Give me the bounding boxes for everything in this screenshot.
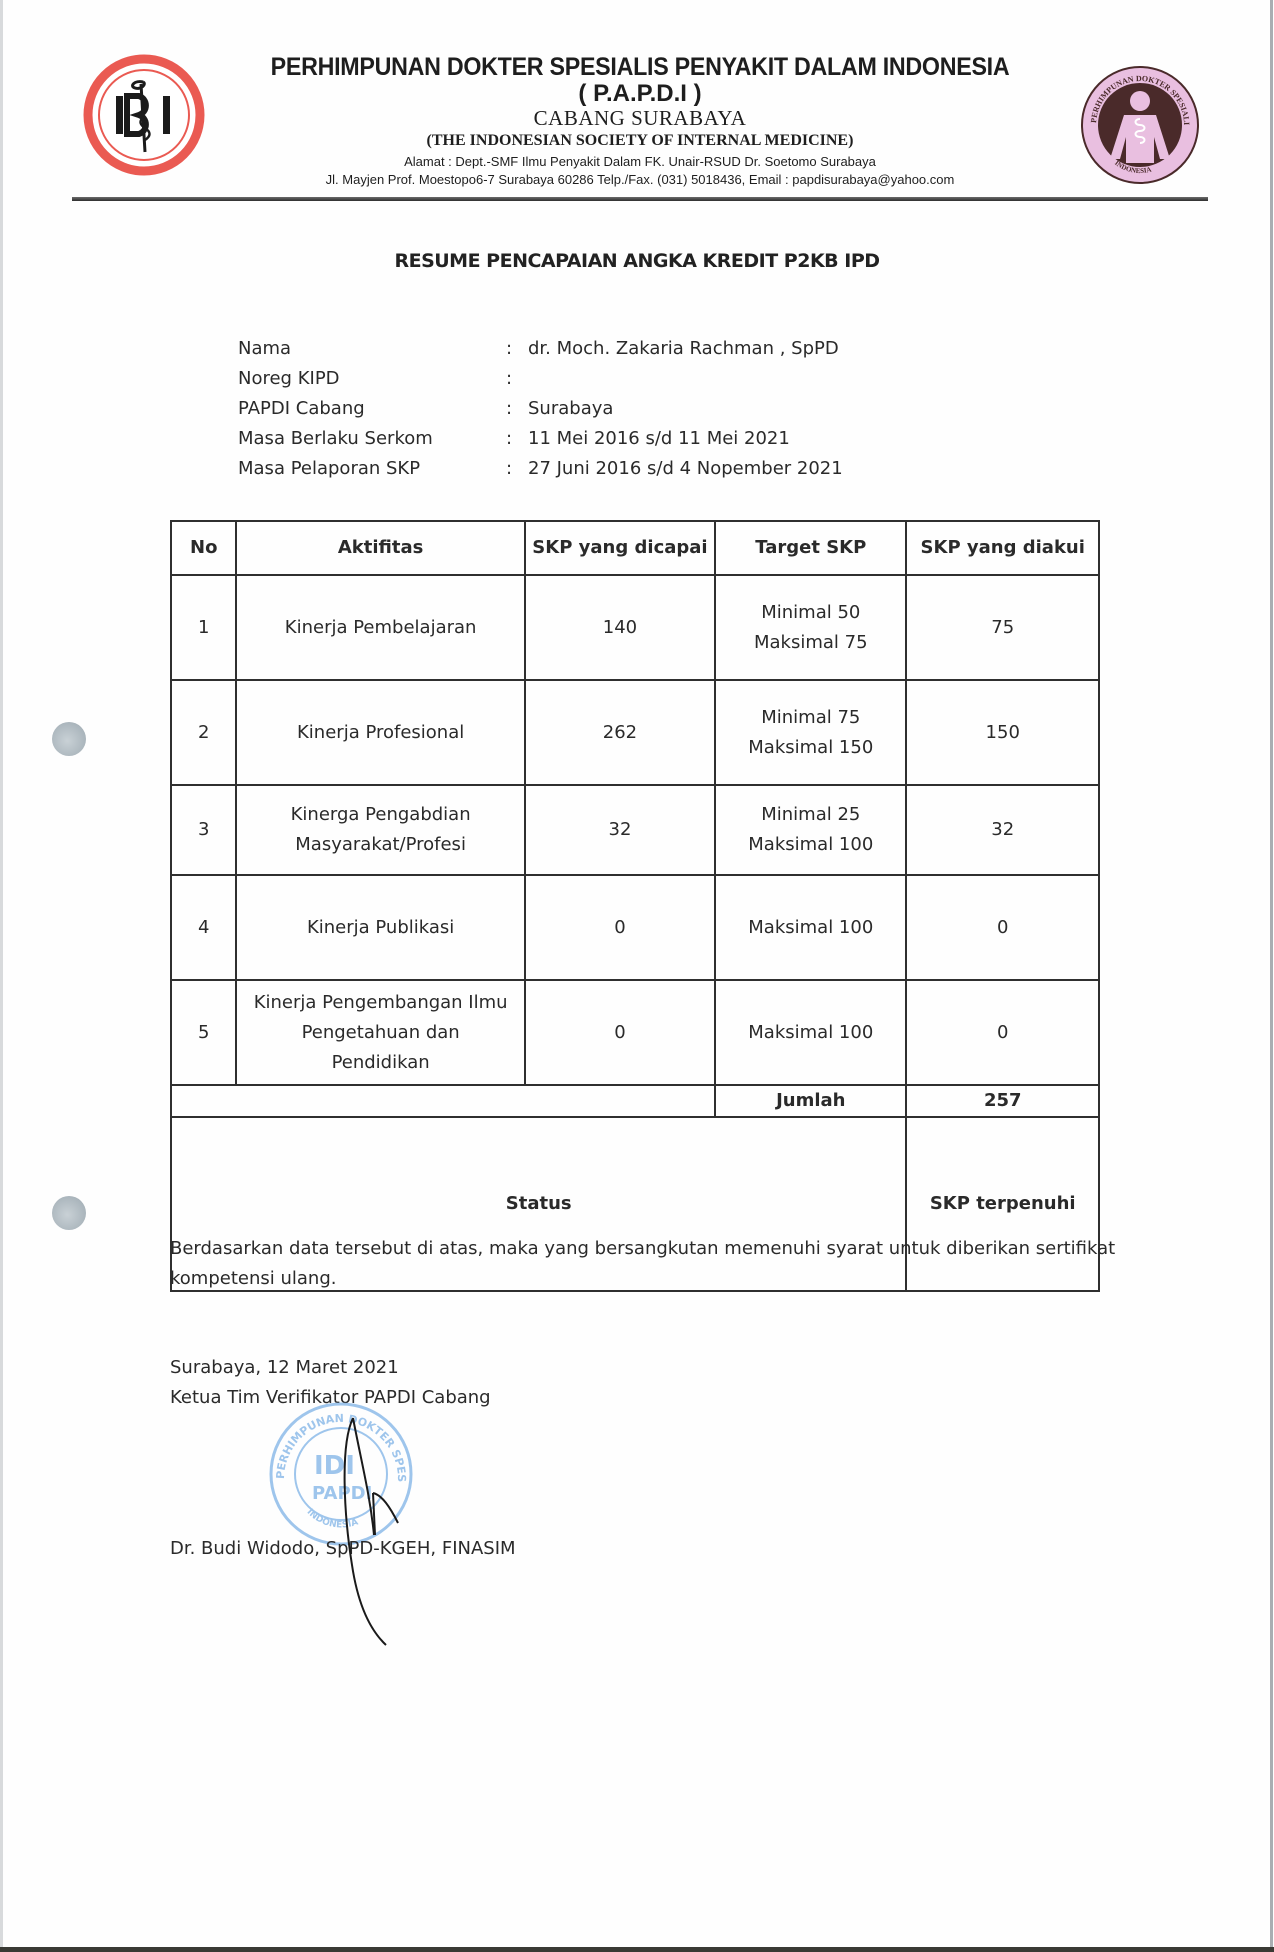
cell-no: 1 xyxy=(171,575,236,680)
cell-target-skp: Maksimal 100 xyxy=(715,980,906,1085)
table-row: 2Kinerja Profesional262Minimal 75Maksima… xyxy=(171,680,1099,785)
header-target-skp: Target SKP xyxy=(715,521,906,575)
document-title: RESUME PENCAPAIAN ANGKA KREDIT P2KB IPD xyxy=(0,250,1274,272)
info-colon: : xyxy=(506,368,528,389)
table-row: 3Kinerga PengabdianMasyarakat/Profesi32M… xyxy=(171,785,1099,875)
skp-table: No Aktifitas SKP yang dicapai Target SKP… xyxy=(170,520,1100,1292)
cell-aktifitas-line: Kinerja Pengembangan Ilmu xyxy=(241,988,519,1018)
org-english-name: (THE INDONESIAN SOCIETY OF INTERNAL MEDI… xyxy=(210,132,1070,150)
info-colon: : xyxy=(506,428,528,449)
org-name: PERHIMPUNAN DOKTER SPESIALIS PENYAKIT DA… xyxy=(240,53,1040,82)
papdi-emblem-icon: PERHIMPUNAN DOKTER SPESIALIS PENYAKIT DA… xyxy=(1078,63,1202,187)
org-abbreviation: ( P.A.P.D.I ) xyxy=(210,80,1070,108)
info-value: 11 Mei 2016 s/d 11 Mei 2021 xyxy=(528,428,790,449)
org-address-line1: Alamat : Dept.-SMF Ilmu Penyakit Dalam F… xyxy=(210,154,1070,169)
cell-aktifitas: Kinerga PengabdianMasyarakat/Profesi xyxy=(236,785,524,875)
info-colon: : xyxy=(506,458,528,479)
info-row-cabang: PAPDI Cabang : Surabaya xyxy=(238,393,843,423)
total-label: Jumlah xyxy=(715,1085,906,1117)
info-label: Nama xyxy=(238,338,506,359)
cell-no: 4 xyxy=(171,875,236,980)
cell-target-skp: Minimal 25Maksimal 100 xyxy=(715,785,906,875)
cell-no: 2 xyxy=(171,680,236,785)
info-colon: : xyxy=(506,338,528,359)
total-blank-cell xyxy=(171,1085,715,1117)
letterhead-divider xyxy=(72,197,1208,201)
punch-hole-icon xyxy=(52,1196,86,1230)
cell-skp-dicapai: 0 xyxy=(525,875,715,980)
info-row-pelaporan: Masa Pelaporan SKP : 27 Juni 2016 s/d 4 … xyxy=(238,453,843,483)
cell-target-skp-line: Maksimal 100 xyxy=(720,913,901,943)
info-colon: : xyxy=(506,398,528,419)
scanner-bottom-edge xyxy=(0,1947,1274,1952)
cell-no: 3 xyxy=(171,785,236,875)
table-header-row: No Aktifitas SKP yang dicapai Target SKP… xyxy=(171,521,1099,575)
cell-target-skp: Maksimal 100 xyxy=(715,875,906,980)
cell-skp-dicapai: 0 xyxy=(525,980,715,1085)
cell-aktifitas-line: Pengetahuan dan xyxy=(241,1018,519,1048)
cell-skp-diakui: 0 xyxy=(906,980,1099,1085)
cell-target-skp-line: Maksimal 100 xyxy=(720,830,901,860)
cell-target-skp-line: Maksimal 150 xyxy=(720,733,901,763)
handwritten-signature-icon xyxy=(330,1405,420,1655)
cell-target-skp-line: Maksimal 100 xyxy=(720,1018,901,1048)
cell-skp-diakui: 0 xyxy=(906,875,1099,980)
header-aktifitas: Aktifitas xyxy=(236,521,524,575)
total-row: Jumlah 257 xyxy=(171,1085,1099,1117)
page-left-edge xyxy=(0,0,3,1947)
cell-aktifitas-line: Kinerja Pembelajaran xyxy=(241,613,519,643)
cell-target-skp-line: Minimal 50 xyxy=(720,598,901,628)
info-value: 27 Juni 2016 s/d 4 Nopember 2021 xyxy=(528,458,843,479)
table-row: 5Kinerja Pengembangan IlmuPengetahuan da… xyxy=(171,980,1099,1085)
header-skp-dicapai: SKP yang dicapai xyxy=(525,521,715,575)
cell-aktifitas-line: Kinerja Publikasi xyxy=(241,913,519,943)
org-address-line2: Jl. Mayjen Prof. Moestopo6-7 Surabaya 60… xyxy=(210,172,1070,187)
punch-hole-icon xyxy=(52,722,86,756)
cell-skp-diakui: 75 xyxy=(906,575,1099,680)
info-value: dr. Moch. Zakaria Rachman , SpPD xyxy=(528,338,839,359)
info-label: Noreg KIPD xyxy=(238,368,506,389)
info-row-serkom: Masa Berlaku Serkom : 11 Mei 2016 s/d 11… xyxy=(238,423,843,453)
cell-aktifitas-line: Kinerga Pengabdian xyxy=(241,800,519,830)
cell-skp-dicapai: 262 xyxy=(525,680,715,785)
info-value: Surabaya xyxy=(528,398,613,419)
cell-aktifitas: Kinerja Profesional xyxy=(236,680,524,785)
info-label: Masa Berlaku Serkom xyxy=(238,428,506,449)
cell-aktifitas-line: Pendidikan xyxy=(241,1048,519,1078)
place-date: Surabaya, 12 Maret 2021 xyxy=(170,1353,491,1383)
info-section: Nama : dr. Moch. Zakaria Rachman , SpPD … xyxy=(238,333,843,483)
header-skp-diakui: SKP yang diakui xyxy=(906,521,1099,575)
cell-no: 5 xyxy=(171,980,236,1085)
cell-aktifitas: Kinerja Publikasi xyxy=(236,875,524,980)
cell-target-skp-line: Minimal 25 xyxy=(720,800,901,830)
cell-target-skp-line: Maksimal 75 xyxy=(720,628,901,658)
table-row: 1Kinerja Pembelajaran140Minimal 50Maksim… xyxy=(171,575,1099,680)
cell-skp-diakui: 150 xyxy=(906,680,1099,785)
conclusion-text: Berdasarkan data tersebut di atas, maka … xyxy=(170,1234,1130,1294)
header-no: No xyxy=(171,521,236,575)
cell-aktifitas-line: Masyarakat/Profesi xyxy=(241,830,519,860)
table-row: 4Kinerja Publikasi0Maksimal 1000 xyxy=(171,875,1099,980)
cell-target-skp: Minimal 50Maksimal 75 xyxy=(715,575,906,680)
cell-aktifitas: Kinerja Pengembangan IlmuPengetahuan dan… xyxy=(236,980,524,1085)
org-branch: CABANG SURABAYA xyxy=(210,106,1070,131)
cell-target-skp-line: Minimal 75 xyxy=(720,703,901,733)
info-label: Masa Pelaporan SKP xyxy=(238,458,506,479)
idi-logo-icon xyxy=(83,54,205,176)
info-row-nama: Nama : dr. Moch. Zakaria Rachman , SpPD xyxy=(238,333,843,363)
cell-skp-diakui: 32 xyxy=(906,785,1099,875)
total-value: 257 xyxy=(906,1085,1099,1117)
cell-skp-dicapai: 32 xyxy=(525,785,715,875)
info-row-noreg: Noreg KIPD : xyxy=(238,363,843,393)
cell-aktifitas-line: Kinerja Profesional xyxy=(241,718,519,748)
cell-aktifitas: Kinerja Pembelajaran xyxy=(236,575,524,680)
cell-skp-dicapai: 140 xyxy=(525,575,715,680)
info-label: PAPDI Cabang xyxy=(238,398,506,419)
cell-target-skp: Minimal 75Maksimal 150 xyxy=(715,680,906,785)
